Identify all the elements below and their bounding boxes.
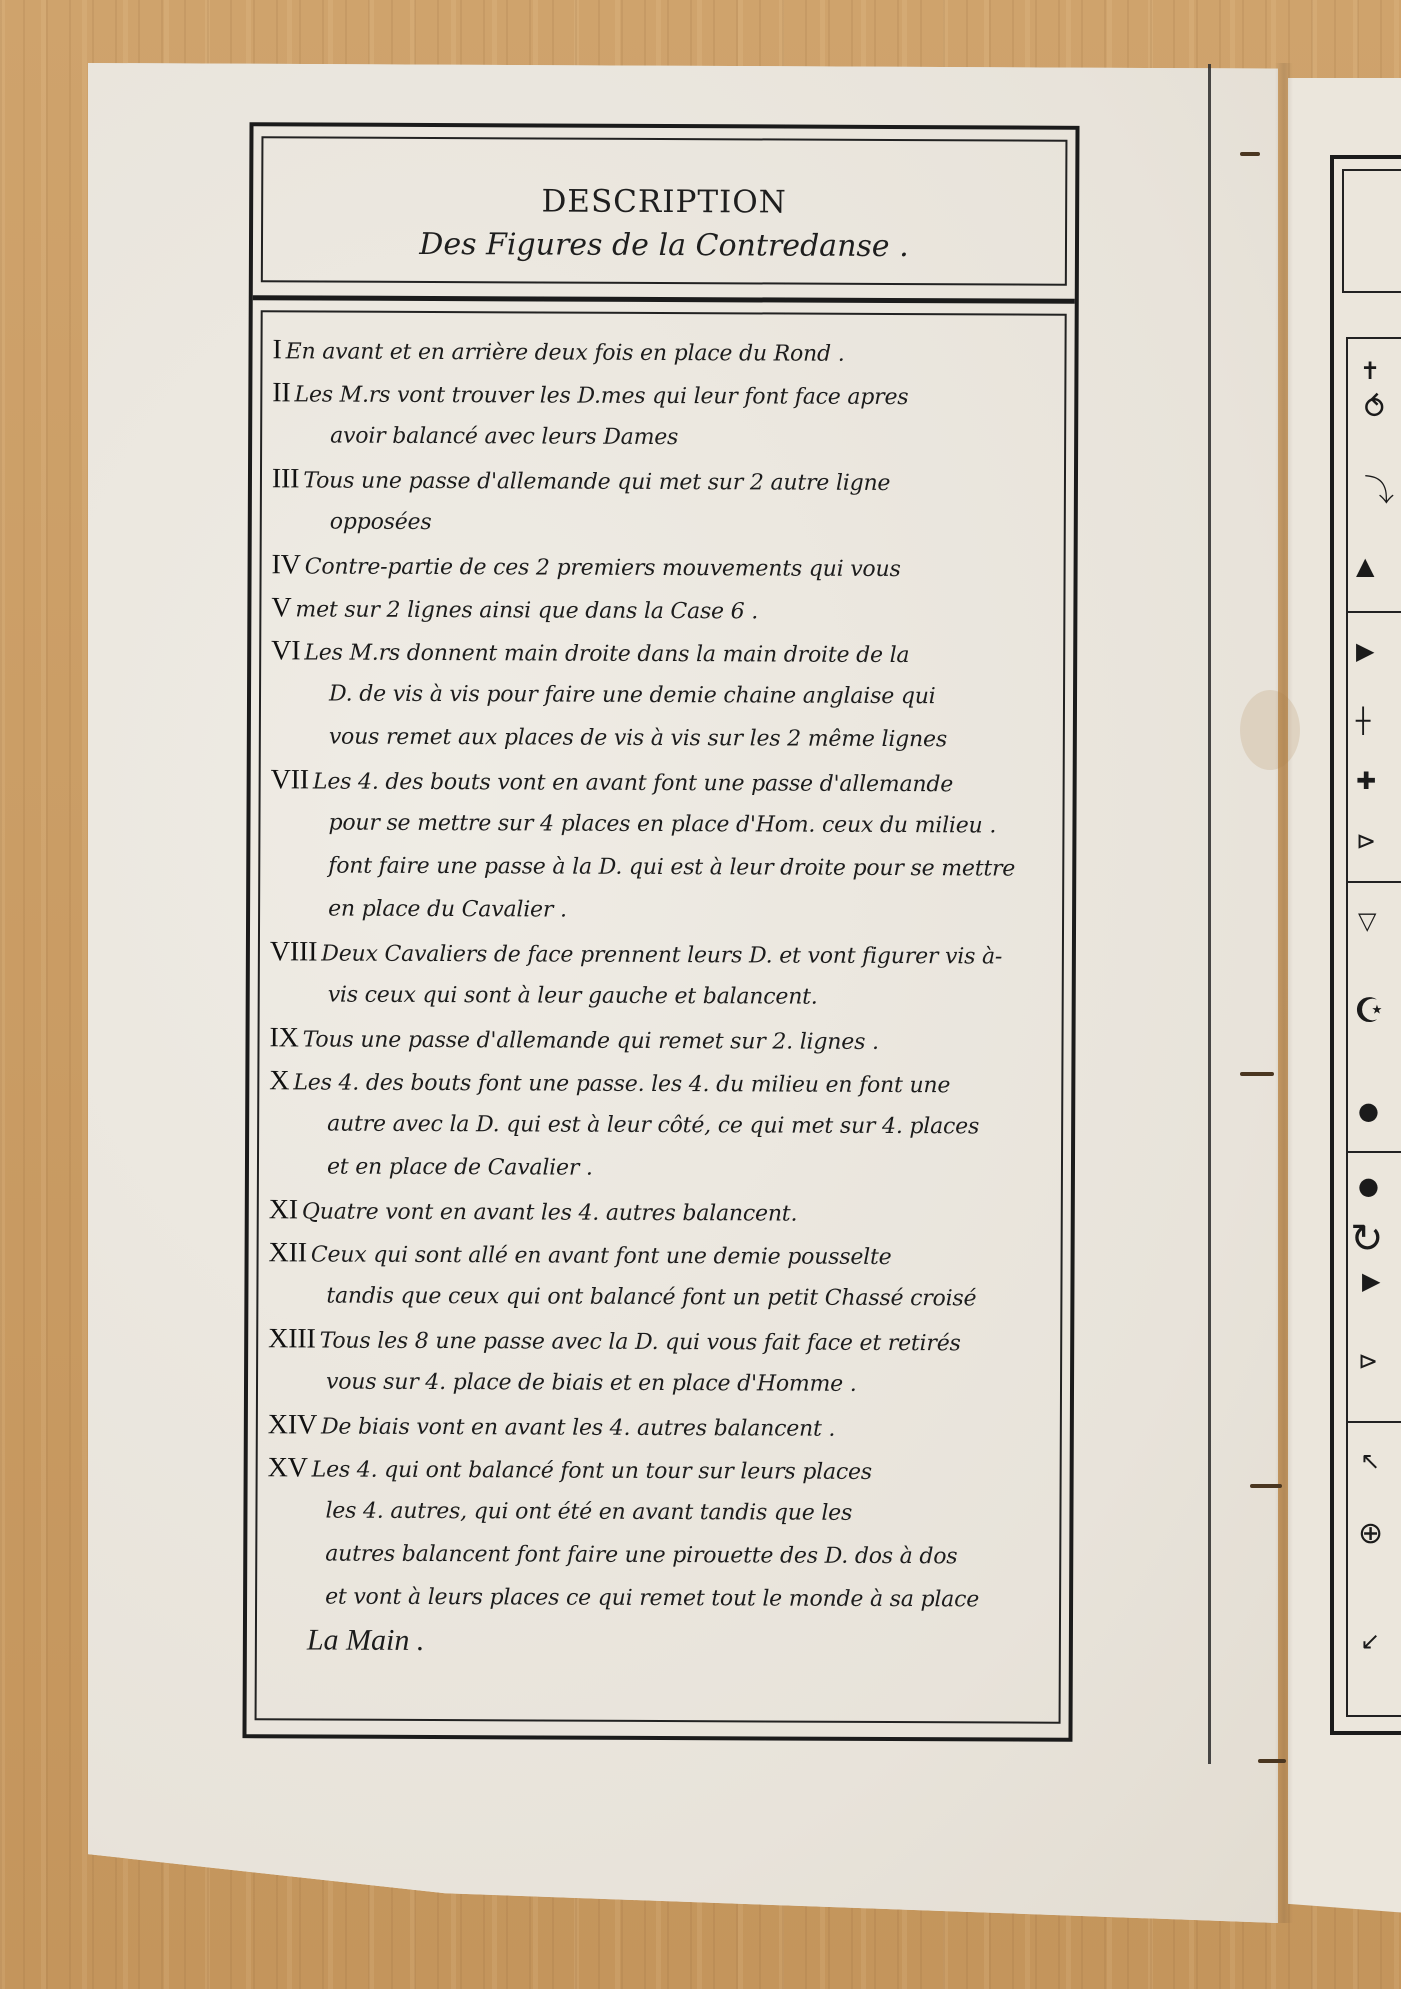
figure-numeral: IX (269, 1016, 298, 1059)
cross-figure-icon: ✝ (1360, 359, 1380, 383)
margin-tear (1240, 152, 1260, 156)
figure-entry-first-line: XIQuatre vont en avant les 4. autres bal… (269, 1188, 1055, 1234)
figure-entry-continuation-line: vis ceux qui sont à leur gauche et balan… (270, 973, 1056, 1019)
figure-numeral: II (272, 371, 290, 414)
figure-entry: Vmet sur 2 lignes ainsi que dans la Case… (271, 586, 1057, 632)
plate-diagram-box: ✝ ⥀ ⤵ ▲ ▶ ┼ ✚ ⊳ ▽ ☪ ● ● ↻ ▶ ⊳ ↖ ⊕ ↙ (1346, 337, 1401, 1717)
figure-text: vis ceux qui sont à leur gauche et balan… (328, 983, 818, 1010)
figure-text: Contre-partie de ces 2 premiers mouvemen… (305, 554, 901, 582)
filled-circle-icon: ● (1358, 1174, 1379, 1198)
crescent-circle-icon: ☪ (1354, 994, 1384, 1028)
figure-text: et en place de Cavalier . (327, 1155, 593, 1181)
figure-entry-continuation-line: vous remet aux places de vis à vis sur l… (271, 715, 1057, 761)
figure-entry: IILes M.rs vont trouver les D.mes qui le… (272, 371, 1058, 460)
arrow-up-left-icon: ↖ (1360, 1449, 1380, 1473)
figure-text: font faire une passe à la D. qui est à l… (328, 854, 1015, 882)
figure-numeral: XV (268, 1446, 308, 1489)
plate-row-divider (1348, 1421, 1401, 1423)
figure-entry-first-line: VILes M.rs donnent main droite dans la m… (271, 629, 1057, 675)
figure-text: En avant et en arrière deux fois en plac… (286, 339, 845, 366)
figure-numeral: III (272, 457, 300, 500)
figure-text: Tous les 8 une passe avec la D. qui vous… (320, 1329, 961, 1357)
figures-list: IEn avant et en arrière deux fois en pla… (267, 328, 1059, 1665)
eye-triangle-icon: ⊳ (1356, 829, 1376, 853)
page-title: DESCRIPTION (263, 182, 1065, 221)
figure-entry-first-line: Vmet sur 2 lignes ainsi que dans la Case… (271, 586, 1057, 632)
figure-text: De biais vont en avant les 4. autres bal… (321, 1415, 835, 1442)
figure-entry-first-line: XVLes 4. qui ont balancé font un tour su… (268, 1446, 1054, 1492)
figure-entry-continuation-line: vous sur 4. place de biais et en place d… (268, 1360, 1054, 1406)
figure-text: Tous une passe d'allemande qui remet sur… (303, 1027, 879, 1055)
foxing-stain (1240, 690, 1300, 770)
figure-numeral: VI (271, 629, 300, 672)
figure-numeral: XIV (268, 1403, 317, 1446)
figure-entry: XIICeux qui sont allé en avant font une … (268, 1231, 1054, 1320)
figure-numeral: XI (269, 1188, 298, 1231)
figure-entry-first-line: IVContre-partie de ces 2 premiers mouvem… (272, 543, 1058, 589)
figure-plate: ✝ ⥀ ⤵ ▲ ▶ ┼ ✚ ⊳ ▽ ☪ ● ● ↻ ▶ ⊳ ↖ ⊕ ↙ (1330, 155, 1401, 1735)
figure-entry-continuation-line: pour se mettre sur 4 places en place d'H… (270, 801, 1056, 847)
figure-text: les 4. autres, qui ont été en avant tand… (325, 1499, 852, 1526)
filled-triangle-icon: ▶ (1356, 639, 1374, 663)
eye-triangle-icon: ⊳ (1358, 1349, 1378, 1373)
figure-entry-first-line: IILes M.rs vont trouver les D.mes qui le… (272, 371, 1058, 417)
figure-entry: VILes M.rs donnent main droite dans la m… (271, 629, 1058, 761)
figure-entry-first-line: IEn avant et en arrière deux fois en pla… (272, 328, 1058, 374)
figures-list-box: IEn avant et en arrière deux fois en pla… (255, 310, 1067, 1724)
figure-entry-continuation-line: autres balancent font faire une pirouett… (267, 1532, 1053, 1578)
figure-entry-continuation-line: tandis que ceux qui ont balancé font un … (268, 1274, 1054, 1320)
figure-text: Ceux qui sont allé en avant font une dem… (311, 1242, 892, 1270)
figure-numeral: IV (272, 543, 301, 586)
figure-entry-first-line: IXTous une passe d'allemande qui remet s… (269, 1016, 1055, 1062)
figure-text: autre avec la D. qui est à leur côté, ce… (327, 1112, 979, 1140)
figure-text: Les M.rs donnent main droite dans la mai… (304, 640, 909, 668)
figure-entry-continuation-line: en place du Cavalier . (270, 887, 1056, 933)
spine-shadow (1275, 63, 1293, 1923)
figure-entry-first-line: XIICeux qui sont allé en avant font une … (269, 1231, 1055, 1277)
figure-entry-continuation-line: autre avec la D. qui est à leur côté, ce… (269, 1102, 1055, 1148)
figure-entry-continuation-line: les 4. autres, qui ont été en avant tand… (267, 1489, 1053, 1535)
figure-numeral: XII (269, 1231, 307, 1274)
figure-text: Quatre vont en avant les 4. autres balan… (302, 1199, 797, 1226)
thin-cross-icon: ┼ (1356, 709, 1370, 733)
figure-entry: IVContre-partie de ces 2 premiers mouvem… (272, 543, 1058, 589)
figure-text: en place du Cavalier . (328, 897, 567, 923)
figure-entry-first-line: XIVDe biais vont en avant les 4. autres … (268, 1403, 1054, 1449)
plate-title-box (1342, 169, 1401, 293)
margin-tear (1250, 1484, 1282, 1488)
oval-path-arrow-icon: ⥀ (1364, 394, 1385, 424)
hook-path-arrow-icon: ⤵ (1364, 477, 1394, 507)
figure-entry: XIQuatre vont en avant les 4. autres bal… (269, 1188, 1055, 1234)
figure-entry-first-line: XLes 4. des bouts font une passe. les 4.… (269, 1059, 1055, 1105)
figure-entry: IIITous une passe d'allemande qui met su… (272, 457, 1058, 546)
figure-text: avoir balancé avec leurs Dames (330, 424, 678, 451)
figure-numeral: X (269, 1059, 289, 1102)
figure-numeral: VII (271, 758, 309, 801)
plate-row-divider (1348, 881, 1401, 883)
bold-cross-icon: ✚ (1356, 769, 1376, 793)
figure-numeral: XIII (268, 1317, 316, 1360)
figure-entry-continuation-line: D. de vis à vis pour faire une demie cha… (271, 672, 1057, 718)
plate-row-divider (1348, 611, 1401, 613)
page-subtitle: Des Figures de la Contredanse . (263, 226, 1065, 264)
figure-entry: XVLes 4. qui ont balancé font un tour su… (267, 1446, 1054, 1621)
figure-entry-continuation-line: opposées (272, 500, 1058, 546)
figure-text: autres balancent font faire une pirouett… (325, 1542, 957, 1570)
figure-entry-first-line: VIIIDeux Cavaliers de face prennent leur… (270, 930, 1056, 976)
figure-text: vous remet aux places de vis à vis sur l… (329, 725, 947, 753)
title-box: DESCRIPTION Des Figures de la Contredans… (261, 136, 1068, 286)
frame-divider (253, 295, 1075, 304)
figure-entry: XIVDe biais vont en avant les 4. autres … (268, 1403, 1054, 1449)
figure-text: pour se mettre sur 4 places en place d'H… (328, 811, 996, 839)
margin-tear (1258, 1759, 1286, 1763)
filled-triangle-icon: ▲ (1356, 554, 1374, 578)
figure-text: Les M.rs vont trouver les D.mes qui leur… (295, 382, 909, 410)
page-fold-line (1208, 64, 1211, 1764)
circular-arrows-icon: ↻ (1350, 1219, 1384, 1259)
figure-text: Les 4. qui ont balancé font un tour sur … (312, 1457, 872, 1484)
figure-entry-continuation-line: avoir balancé avec leurs Dames (272, 414, 1058, 460)
figure-text: vous sur 4. place de biais et en place d… (326, 1370, 857, 1397)
figure-entry-first-line: XIIITous les 8 une passe avec la D. qui … (268, 1317, 1054, 1363)
figure-entry-first-line: VIILes 4. des bouts vont en avant font u… (271, 758, 1057, 804)
figure-entry-continuation-line: et en place de Cavalier . (269, 1145, 1055, 1191)
filled-triangle-icon: ▶ (1362, 1269, 1380, 1293)
figure-entry: XLes 4. des bouts font une passe. les 4.… (269, 1059, 1056, 1191)
margin-tear (1240, 1072, 1274, 1076)
description-frame: DESCRIPTION Des Figures de la Contredans… (242, 122, 1079, 1742)
finale-text: La Main . (267, 1618, 1053, 1665)
figure-text: Tous une passe d'allemande qui met sur 2… (303, 468, 890, 496)
filled-circle-icon: ● (1358, 1099, 1379, 1123)
figure-entry: VIIIDeux Cavaliers de face prennent leur… (270, 930, 1056, 1019)
figure-numeral: I (272, 328, 281, 371)
figure-entry: IEn avant et en arrière deux fois en pla… (272, 328, 1058, 374)
figure-numeral: V (271, 586, 291, 629)
figure-entry-continuation-line: et vont à leurs places ce qui remet tout… (267, 1575, 1053, 1621)
figure-numeral: VIII (270, 930, 318, 973)
figure-entry: XIIITous les 8 une passe avec la D. qui … (268, 1317, 1054, 1406)
plate-row-divider (1348, 1151, 1401, 1153)
figure-text: Les 4. des bouts vont en avant font une … (313, 769, 953, 797)
figure-entry: IXTous une passe d'allemande qui remet s… (269, 1016, 1055, 1062)
figure-text: met sur 2 lignes ainsi que dans la Case … (295, 597, 758, 624)
figure-text: D. de vis à vis pour faire une demie cha… (329, 682, 936, 710)
figure-entry: VIILes 4. des bouts vont en avant font u… (270, 758, 1057, 933)
circled-cross-icon: ⊕ (1358, 1519, 1383, 1549)
figure-entry-continuation-line: font faire une passe à la D. qui est à l… (270, 844, 1056, 890)
figure-text: Deux Cavaliers de face prennent leurs D.… (321, 942, 1002, 970)
figure-text: tandis que ceux qui ont balancé font un … (326, 1284, 976, 1312)
figure-entry-first-line: IIITous une passe d'allemande qui met su… (272, 457, 1058, 503)
figure-text: opposées (330, 510, 432, 535)
arrow-down-left-icon: ↙ (1360, 1629, 1380, 1653)
eye-triangle-inverted-icon: ▽ (1358, 909, 1376, 933)
figure-text: et vont à leurs places ce qui remet tout… (325, 1585, 979, 1613)
figure-text: Les 4. des bouts font une passe. les 4. … (293, 1070, 950, 1098)
